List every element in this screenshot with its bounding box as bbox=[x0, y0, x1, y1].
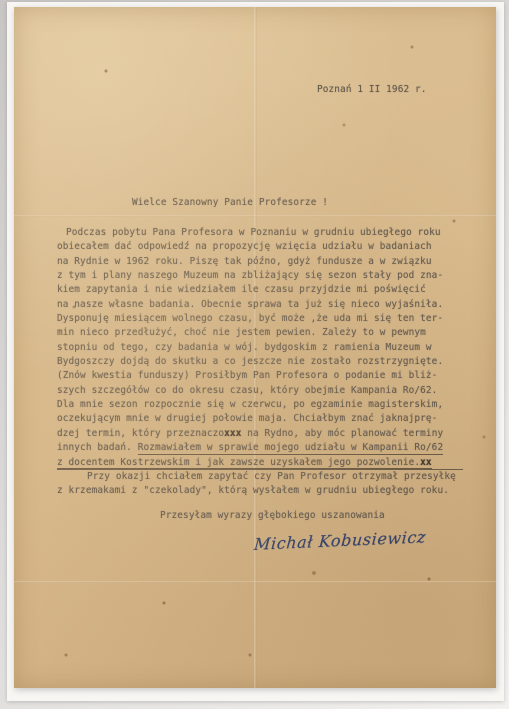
letter-body: Podczas pobytu Pana Profesora w Poznaniu… bbox=[57, 226, 463, 499]
typewritten-text: z krzemakami z "czekolady", którą wysłał… bbox=[57, 485, 449, 496]
horizontal-crease-bottom bbox=[14, 581, 496, 583]
typewritten-line: szych szczegółów co do okresu czasu, któ… bbox=[57, 384, 463, 398]
typewritten-line: kiem zapytania i nie wiedziałem ile czas… bbox=[57, 283, 463, 297]
typewritten-line: Bydgoszczy dojdą do skutku a co jeszcze … bbox=[57, 355, 463, 369]
typewritten-line: z docentem Kostrzewskim i jak zawsze uzy… bbox=[57, 456, 463, 470]
closing-line: Przesyłam wyrazy głębokiego uszanowania bbox=[160, 510, 385, 521]
handwritten-signature: Michał Kobusiewicz bbox=[253, 527, 426, 554]
typewritten-text: na nasze własne badania. Obecnie sprawa … bbox=[57, 299, 443, 310]
typewritten-text: innych badań. bbox=[57, 442, 138, 453]
underlined-text: z docentem Kostrzewskim i jak zawsze uzy… bbox=[57, 457, 420, 470]
typewritten-line: stopniu od tego, czy badania w wój. bydg… bbox=[57, 341, 463, 355]
horizontal-crease-top bbox=[14, 215, 496, 217]
typewritten-line: dzej termin, który przeznaczoxxx na Rydn… bbox=[57, 427, 463, 441]
typewritten-line: Dla mnie sezon rozpocznie się w czerwcu,… bbox=[57, 398, 463, 412]
typewritten-line: z krzemakami z "czekolady", którą wysłał… bbox=[57, 484, 463, 498]
typewritten-line: innych badań. Rozmawiałem w sprawie moje… bbox=[57, 441, 463, 455]
letter-paper: Poznań 1 II 1962 r. Wielce Szanowny Pani… bbox=[14, 7, 496, 688]
typewritten-text: Dysponuję miesiącem wolnego czasu, być m… bbox=[57, 313, 443, 324]
typewritten-text: szych szczegółów co do okresu czasu, któ… bbox=[57, 385, 437, 396]
typewritten-line: na Rydnie w 1962 roku. Piszę tak późno, … bbox=[57, 255, 463, 269]
date-line: Poznań 1 II 1962 r. bbox=[317, 84, 427, 95]
typewritten-text: Podczas pobytu Pana Profesora w Poznaniu… bbox=[66, 227, 441, 238]
typewritten-line: z tym i plany naszego Muzeum na zbliżają… bbox=[57, 269, 463, 283]
typewritten-line: Przy okazji chciałem zapytać czy Pan Pro… bbox=[57, 470, 463, 484]
typewritten-line: Dysponuję miesiącem wolnego czasu, być m… bbox=[57, 312, 463, 326]
typewritten-text: dzej termin, który przeznaczo bbox=[57, 428, 224, 439]
typewritten-text: na Rydnie w 1962 roku. Piszę tak późno, … bbox=[57, 256, 432, 267]
typewritten-text: Bydgoszczy dojdą do skutku a co jeszcze … bbox=[57, 356, 443, 367]
underlined-text: xx bbox=[420, 457, 432, 470]
typewritten-line: min nieco przedłużyć, choć nie jestem pe… bbox=[57, 326, 463, 340]
typewritten-text: obiecałem dać odpowiedź na propozycję wz… bbox=[57, 241, 432, 252]
scanned-letter-photo: Poznań 1 II 1962 r. Wielce Szanowny Pani… bbox=[0, 0, 509, 709]
typewritten-line: obiecałem dać odpowiedź na propozycję wz… bbox=[57, 240, 463, 254]
typewritten-text: Przy okazji chciałem zapytać czy Pan Pro… bbox=[87, 471, 456, 482]
typewritten-line: Podczas pobytu Pana Profesora w Poznaniu… bbox=[57, 226, 463, 240]
typewritten-text: kiem zapytania i nie wiedziałem ile czas… bbox=[57, 284, 426, 295]
typewritten-text: stopniu od tego, czy badania w wój. bydg… bbox=[57, 342, 432, 353]
salutation: Wielce Szanowny Panie Profesorze ! bbox=[132, 197, 328, 208]
typewritten-text: Dla mnie sezon rozpocznie się w czerwcu,… bbox=[57, 399, 443, 410]
typewritten-line: na nasze własne badania. Obecnie sprawa … bbox=[57, 298, 463, 312]
typewritten-text: na Rydno, aby móc planować terminy bbox=[241, 428, 443, 439]
underlined-text: Rozmawiałem w sprawie mojego udziału w K… bbox=[138, 442, 444, 455]
typewritten-line: oczekującym mnie w drugiej połowie maja.… bbox=[57, 412, 463, 426]
typewritten-text: z tym i plany naszego Muzeum na zbliżają… bbox=[57, 270, 443, 281]
typewritten-line: (Znów kwestia funduszy) Prosiłbym Pan Pr… bbox=[57, 369, 463, 383]
overstruck-text: xxx bbox=[224, 428, 241, 439]
typewritten-text: (Znów kwestia funduszy) Prosiłbym Pan Pr… bbox=[57, 370, 437, 381]
typewritten-text: oczekującym mnie w drugiej połowie maja.… bbox=[57, 413, 437, 424]
typewritten-text: min nieco przedłużyć, choć nie jestem pe… bbox=[57, 327, 426, 338]
